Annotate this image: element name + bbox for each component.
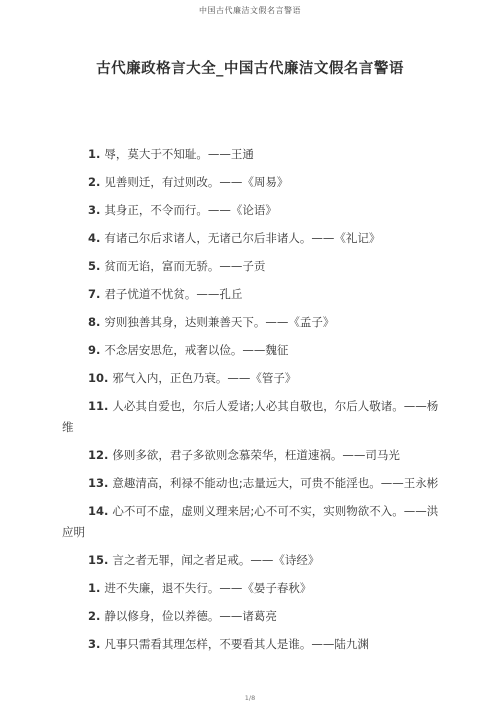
quote-number: 3.	[88, 637, 100, 651]
quote-item: 3.其身正，不令而行。——《论语》	[62, 200, 442, 221]
quote-number: 5.	[88, 259, 100, 273]
quote-number: 10.	[88, 371, 108, 385]
quote-item: 1.进不失廉，退不失行。——《晏子春秋》	[62, 578, 442, 599]
quote-number: 3.	[88, 203, 100, 217]
quote-text: 静以修身，俭以养德。——诸葛亮	[104, 609, 277, 623]
page-number: 1/8	[0, 694, 500, 702]
quote-number: 2.	[88, 175, 100, 189]
quote-number: 13.	[88, 476, 108, 490]
quote-number: 9.	[88, 343, 100, 357]
quote-text: 言之者无罪，闻之者足戒。——《诗经》	[112, 553, 319, 567]
quote-text: 穷则独善其身，达则兼善天下。——《孟子》	[104, 315, 334, 329]
quote-item: 14.心不可不虚，虚则义理来居;心不可不实，实则物欲不入。——洪应明	[62, 501, 442, 543]
quote-item: 12.侈则多欲，君子多欲则念慕荣华，枉道速祸。——司马光	[62, 445, 442, 466]
quote-text: 人必其自爱也，尔后人爱诸;人必其自敬也，尔后人敬诸。——杨维	[62, 399, 438, 434]
quote-number: 4.	[88, 231, 100, 245]
quote-item: 1.辱，莫大于不知耻。——王通	[62, 144, 442, 165]
quote-text: 邪气入内，正色乃衰。——《管子》	[112, 371, 296, 385]
quote-text: 心不可不虚，虚则义理来居;心不可不实，实则物欲不入。——洪应明	[62, 504, 438, 539]
quote-item: 10.邪气入内，正色乃衰。——《管子》	[62, 368, 442, 389]
quote-number: 2.	[88, 609, 100, 623]
quote-item: 5.贫而无谄，富而无骄。——子贡	[62, 256, 442, 277]
quote-item: 8.穷则独善其身，达则兼善天下。——《孟子》	[62, 312, 442, 333]
quote-list: 1.辱，莫大于不知耻。——王通 2.见善则迁，有过则改。——《周易》 3.其身正…	[62, 144, 442, 655]
quote-item: 2.见善则迁，有过则改。——《周易》	[62, 172, 442, 193]
quote-item: 11.人必其自爱也，尔后人爱诸;人必其自敬也，尔后人敬诸。——杨维	[62, 396, 442, 438]
quote-item: 7.君子忧道不忧贫。——孔丘	[62, 284, 442, 305]
document-page: 中国古代廉洁文假名言警语 古代廉政格言大全_中国古代廉洁文假名言警语 1.辱，莫…	[0, 0, 500, 708]
quote-item: 4.有诸己尔后求诸人，无诸己尔后非诸人。——《礼记》	[62, 228, 442, 249]
quote-item: 13.意趣清高，利禄不能动也;志量远大，可贵不能淫也。——王永彬	[62, 473, 442, 494]
quote-text: 其身正，不令而行。——《论语》	[104, 203, 277, 217]
quote-number: 12.	[88, 448, 108, 462]
quote-number: 14.	[88, 504, 108, 518]
page-title: 古代廉政格言大全_中国古代廉洁文假名言警语	[0, 57, 500, 78]
quote-text: 侈则多欲，君子多欲则念慕荣华，枉道速祸。——司马光	[112, 448, 400, 462]
running-header: 中国古代廉洁文假名言警语	[0, 0, 500, 16]
quote-text: 有诸己尔后求诸人，无诸己尔后非诸人。——《礼记》	[104, 231, 380, 245]
quote-number: 1.	[88, 147, 100, 161]
quote-text: 意趣清高，利禄不能动也;志量远大，可贵不能淫也。——王永彬	[112, 476, 438, 490]
quote-number: 15.	[88, 553, 108, 567]
quote-item: 2.静以修身，俭以养德。——诸葛亮	[62, 606, 442, 627]
quote-text: 辱，莫大于不知耻。——王通	[104, 147, 254, 161]
quote-number: 11.	[88, 399, 108, 413]
quote-text: 君子忧道不忧贫。——孔丘	[104, 287, 242, 301]
quote-text: 不念居安思危，戒奢以俭。——魏征	[104, 343, 288, 357]
quote-text: 进不失廉，退不失行。——《晏子春秋》	[104, 581, 311, 595]
quote-item: 3.凡事只需看其理怎样，不要看其人是谁。——陆九渊	[62, 634, 442, 655]
quote-item: 9.不念居安思危，戒奢以俭。——魏征	[62, 340, 442, 361]
quote-number: 8.	[88, 315, 100, 329]
quote-number: 7.	[88, 287, 100, 301]
quote-text: 见善则迁，有过则改。——《周易》	[104, 175, 288, 189]
quote-number: 1.	[88, 581, 100, 595]
quote-item: 15.言之者无罪，闻之者足戒。——《诗经》	[62, 550, 442, 571]
quote-text: 凡事只需看其理怎样，不要看其人是谁。——陆九渊	[104, 637, 369, 651]
quote-text: 贫而无谄，富而无骄。——子贡	[104, 259, 265, 273]
